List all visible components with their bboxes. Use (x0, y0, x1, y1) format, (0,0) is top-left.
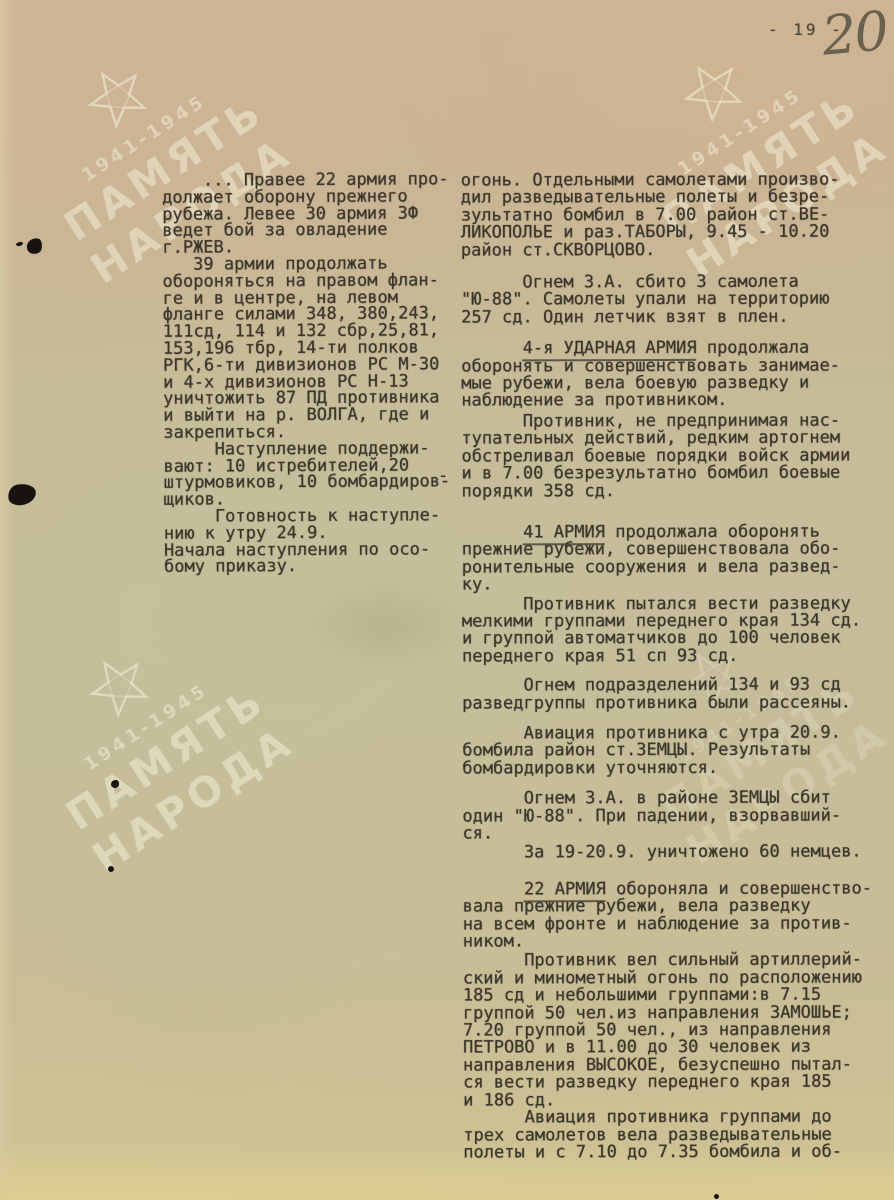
page-left-edge (0, 0, 14, 1200)
watermark-title-line2: НАРОДА (84, 716, 303, 883)
paragraph: Наступление поддержи- вают: 10 истребите… (163, 440, 450, 509)
star-icon (671, 49, 760, 138)
watermark-title-line1: ПАМЯТЬ (57, 675, 275, 841)
handwritten-page-number: 20 (819, 0, 889, 68)
memory-of-people-watermark: 1941-1945 ПАМЯТЬ НАРОДА (7, 599, 303, 884)
paragraph: Авиация противника с утра 20.9. бомбила … (462, 724, 872, 777)
paragraph: 4-я УДАРНАЯ АРМИЯ продолжала оборонять и… (461, 340, 871, 411)
paragraph: 22 АРМИЯ обороняла и совершенство- вала … (463, 880, 873, 951)
paragraph: Противник вел сильный артиллерий- ский и… (463, 952, 873, 1110)
paragraph: За 19-20.9. уничтожено 60 немцев. (462, 844, 871, 862)
paragraph: Противник, не предпринимая нас- тупатель… (461, 412, 871, 500)
paragraph: ... Правее 22 армия про- должает оборону… (162, 171, 449, 256)
star-icon (77, 644, 166, 733)
paragraph: Противник пытался вести разведку мелкими… (462, 595, 872, 666)
watermark-years: 1941-1945 (80, 679, 212, 776)
paper-speck (108, 866, 114, 872)
paragraph: 41 АРМИЯ продолжала оборонять прежние ру… (462, 523, 872, 594)
paragraph: Готовность к наступле- нию к утру 24.9. … (164, 507, 451, 576)
paragraph: Авиация противника группами до трех само… (463, 1109, 873, 1162)
right-text-column: огонь. Отдельными самолетами произво- ди… (461, 171, 873, 1161)
paper-speck (714, 1194, 719, 1199)
paper-speck (111, 780, 119, 788)
watermark-years: 1941-1945 (674, 84, 806, 181)
scanned-document-page: 1941-1945 ПАМЯТЬ НАРОДА 1941-1945 ПАМЯТЬ… (0, 0, 894, 1200)
paragraph: Огнем З.А. сбито 3 самолета "Ю-88". Само… (461, 273, 871, 326)
stray-dash-mark: - (438, 466, 448, 486)
paper-stain (40, 880, 360, 1100)
paragraph: огонь. Отдельными самолетами произво- ди… (461, 171, 871, 259)
ink-blot (16, 241, 24, 247)
paragraph: 39 армии продолжать обороняться на право… (162, 255, 450, 441)
paragraph: Огнем З.А. в районе ЗЕМЦЫ сбит один "Ю-8… (462, 790, 872, 843)
ink-blot (26, 237, 44, 256)
paper-stain (300, 580, 470, 670)
star-icon (75, 55, 164, 144)
left-text-column: ... Правее 22 армия про- должает оборону… (162, 171, 451, 576)
paragraph: Огнем подразделений 134 и 93 сд разведгр… (462, 677, 872, 713)
